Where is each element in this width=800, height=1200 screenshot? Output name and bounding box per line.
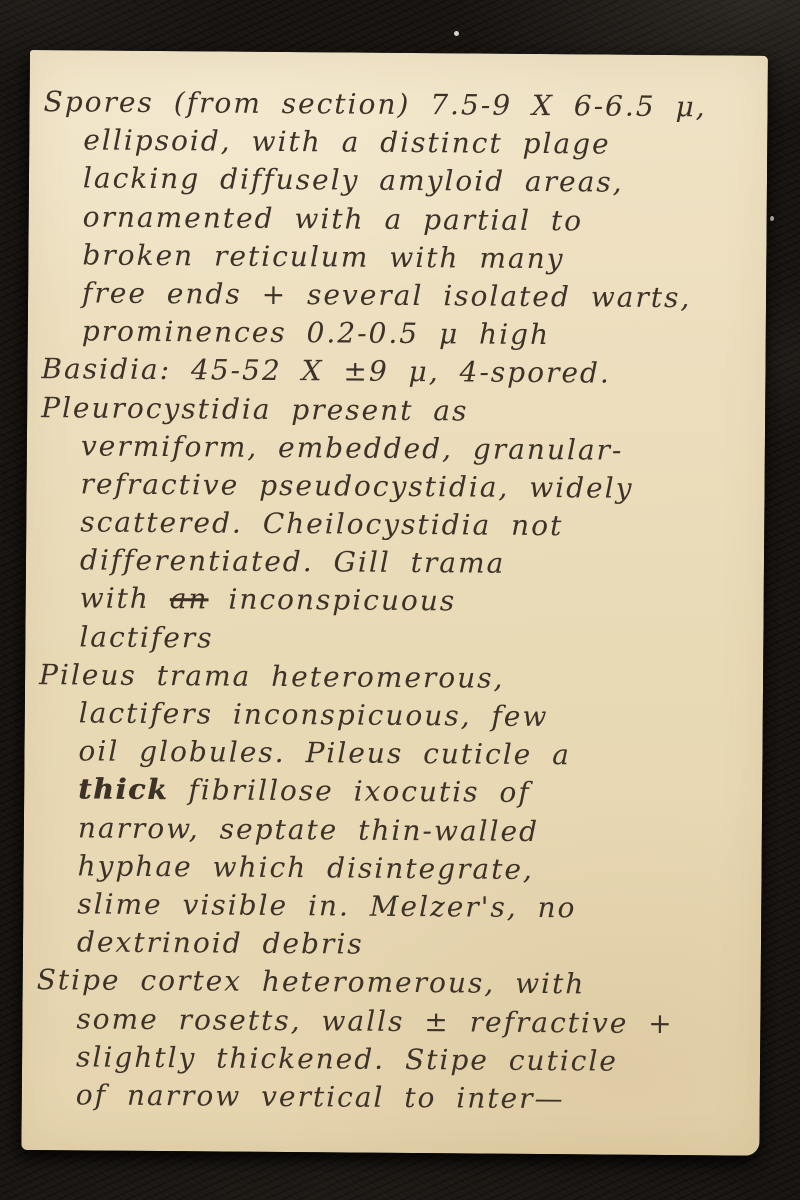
handwritten-text-segment: inconspicuous [208,583,456,618]
handwritten-line: vermiform, embedded, granular- [27,428,765,472]
handwritten-line: narrow, septate thin-walled [24,810,762,854]
handwritten-text-segment: slightly thickened. Stipe cuticle [76,1040,618,1077]
handwritten-text-segment: Pileus trama heteromerous, [39,658,505,695]
handwritten-text-segment: differentiated. Gill trama [80,544,506,580]
handwritten-text-segment: Basidia: 45-52 X ±9 μ, 4-spored. [41,352,611,389]
handwritten-text-segment: lactifers [79,620,213,654]
handwritten-text-segment: lactifers inconspicuous, few [79,696,549,733]
handwritten-line: free ends + several isolated warts, [28,275,766,319]
handwritten-text-segment: hyphae which disintegrate, [77,849,534,886]
handwritten-text-segment: narrow, septate thin-walled [78,811,539,848]
handwritten-line: lactifers [25,619,763,663]
handwritten-line: Stipe cortex heteromerous, with [23,962,761,1006]
handwriting-lines: Spores (from section) 7.5-9 X 6-6.5 μ,el… [22,84,768,1121]
handwritten-line: with an inconspicuous [26,580,764,624]
handwritten-line: lacking diffusely amyloid areas, [29,160,767,204]
handwritten-line: Pileus trama heteromerous, [25,657,763,701]
handwritten-line: Pleurocystidia present as [27,389,765,433]
handwritten-text-segment: lacking diffusely amyloid areas, [83,162,624,199]
handwritten-line: some rosetts, walls ± refractive + [22,1000,760,1044]
handwritten-line: hyphae which disintegrate, [23,848,761,892]
handwritten-line: slime visible in. Melzer's, no [23,886,761,930]
handwritten-line: thick fibrillose ixocutis of [24,771,762,815]
handwritten-text-segment: slime visible in. Melzer's, no [77,887,576,924]
handwritten-line: scattered. Cheilocystidia not [26,504,764,548]
handwritten-text-segment: of narrow vertical to inter— [76,1078,565,1115]
handwritten-line: refractive pseudocystidia, widely [26,466,764,510]
handwritten-text-segment: Pleurocystidia present as [41,391,469,427]
handwritten-line: of narrow vertical to inter— [22,1077,760,1121]
handwritten-text-segment: refractive pseudocystidia, widely [80,467,633,504]
handwritten-text-segment: prominences 0.2-0.5 μ high [82,315,551,352]
dust-speck [454,31,459,36]
handwritten-text-segment: some rosetts, walls ± refractive + [76,1002,674,1040]
handwritten-text-segment: with [80,582,170,616]
handwritten-line: lactifers inconspicuous, few [25,695,763,739]
handwritten-text-segment: Spores (from section) 7.5-9 X 6-6.5 μ, [43,85,706,123]
handwritten-line: ornamented with a partial to [29,199,767,243]
handwritten-text-segment: vermiform, embedded, granular- [81,429,624,466]
handwritten-line: dextrinoid debris [23,924,761,968]
handwritten-text-segment: thick [78,773,169,807]
handwritten-text-segment: broken reticulum with many [82,238,564,275]
handwritten-line: Basidia: 45-52 X ±9 μ, 4-spored. [27,351,765,395]
handwritten-text-segment: dextrinoid debris [77,926,364,961]
handwritten-text-segment: fibrillose ixocutis of [168,773,530,809]
handwritten-text-segment: Stipe cortex heteromerous, with [37,963,586,1000]
handwritten-text-segment: an [170,583,209,616]
handwritten-text-segment: oil globules. Pileus cuticle a [78,735,571,772]
handwritten-line: broken reticulum with many [28,237,766,281]
handwritten-text-segment: ornamented with a partial to [83,200,584,237]
handwritten-line: prominences 0.2-0.5 μ high [28,313,766,357]
handwritten-line: Spores (from section) 7.5-9 X 6-6.5 μ, [29,84,767,128]
dust-speck [770,216,774,221]
handwritten-text-segment: scattered. Cheilocystidia not [80,505,563,542]
handwritten-line: slightly thickened. Stipe cuticle [22,1039,760,1083]
index-card: Spores (from section) 7.5-9 X 6-6.5 μ,el… [21,50,768,1156]
handwritten-line: oil globules. Pileus cuticle a [24,733,762,777]
handwritten-text-segment: ellipsoid, with a distinct plage [83,124,611,161]
handwritten-line: ellipsoid, with a distinct plage [29,122,767,166]
handwritten-line: differentiated. Gill trama [26,542,764,586]
handwritten-text-segment: free ends + several isolated warts, [82,276,692,314]
photo-background: Spores (from section) 7.5-9 X 6-6.5 μ,el… [0,0,800,1200]
